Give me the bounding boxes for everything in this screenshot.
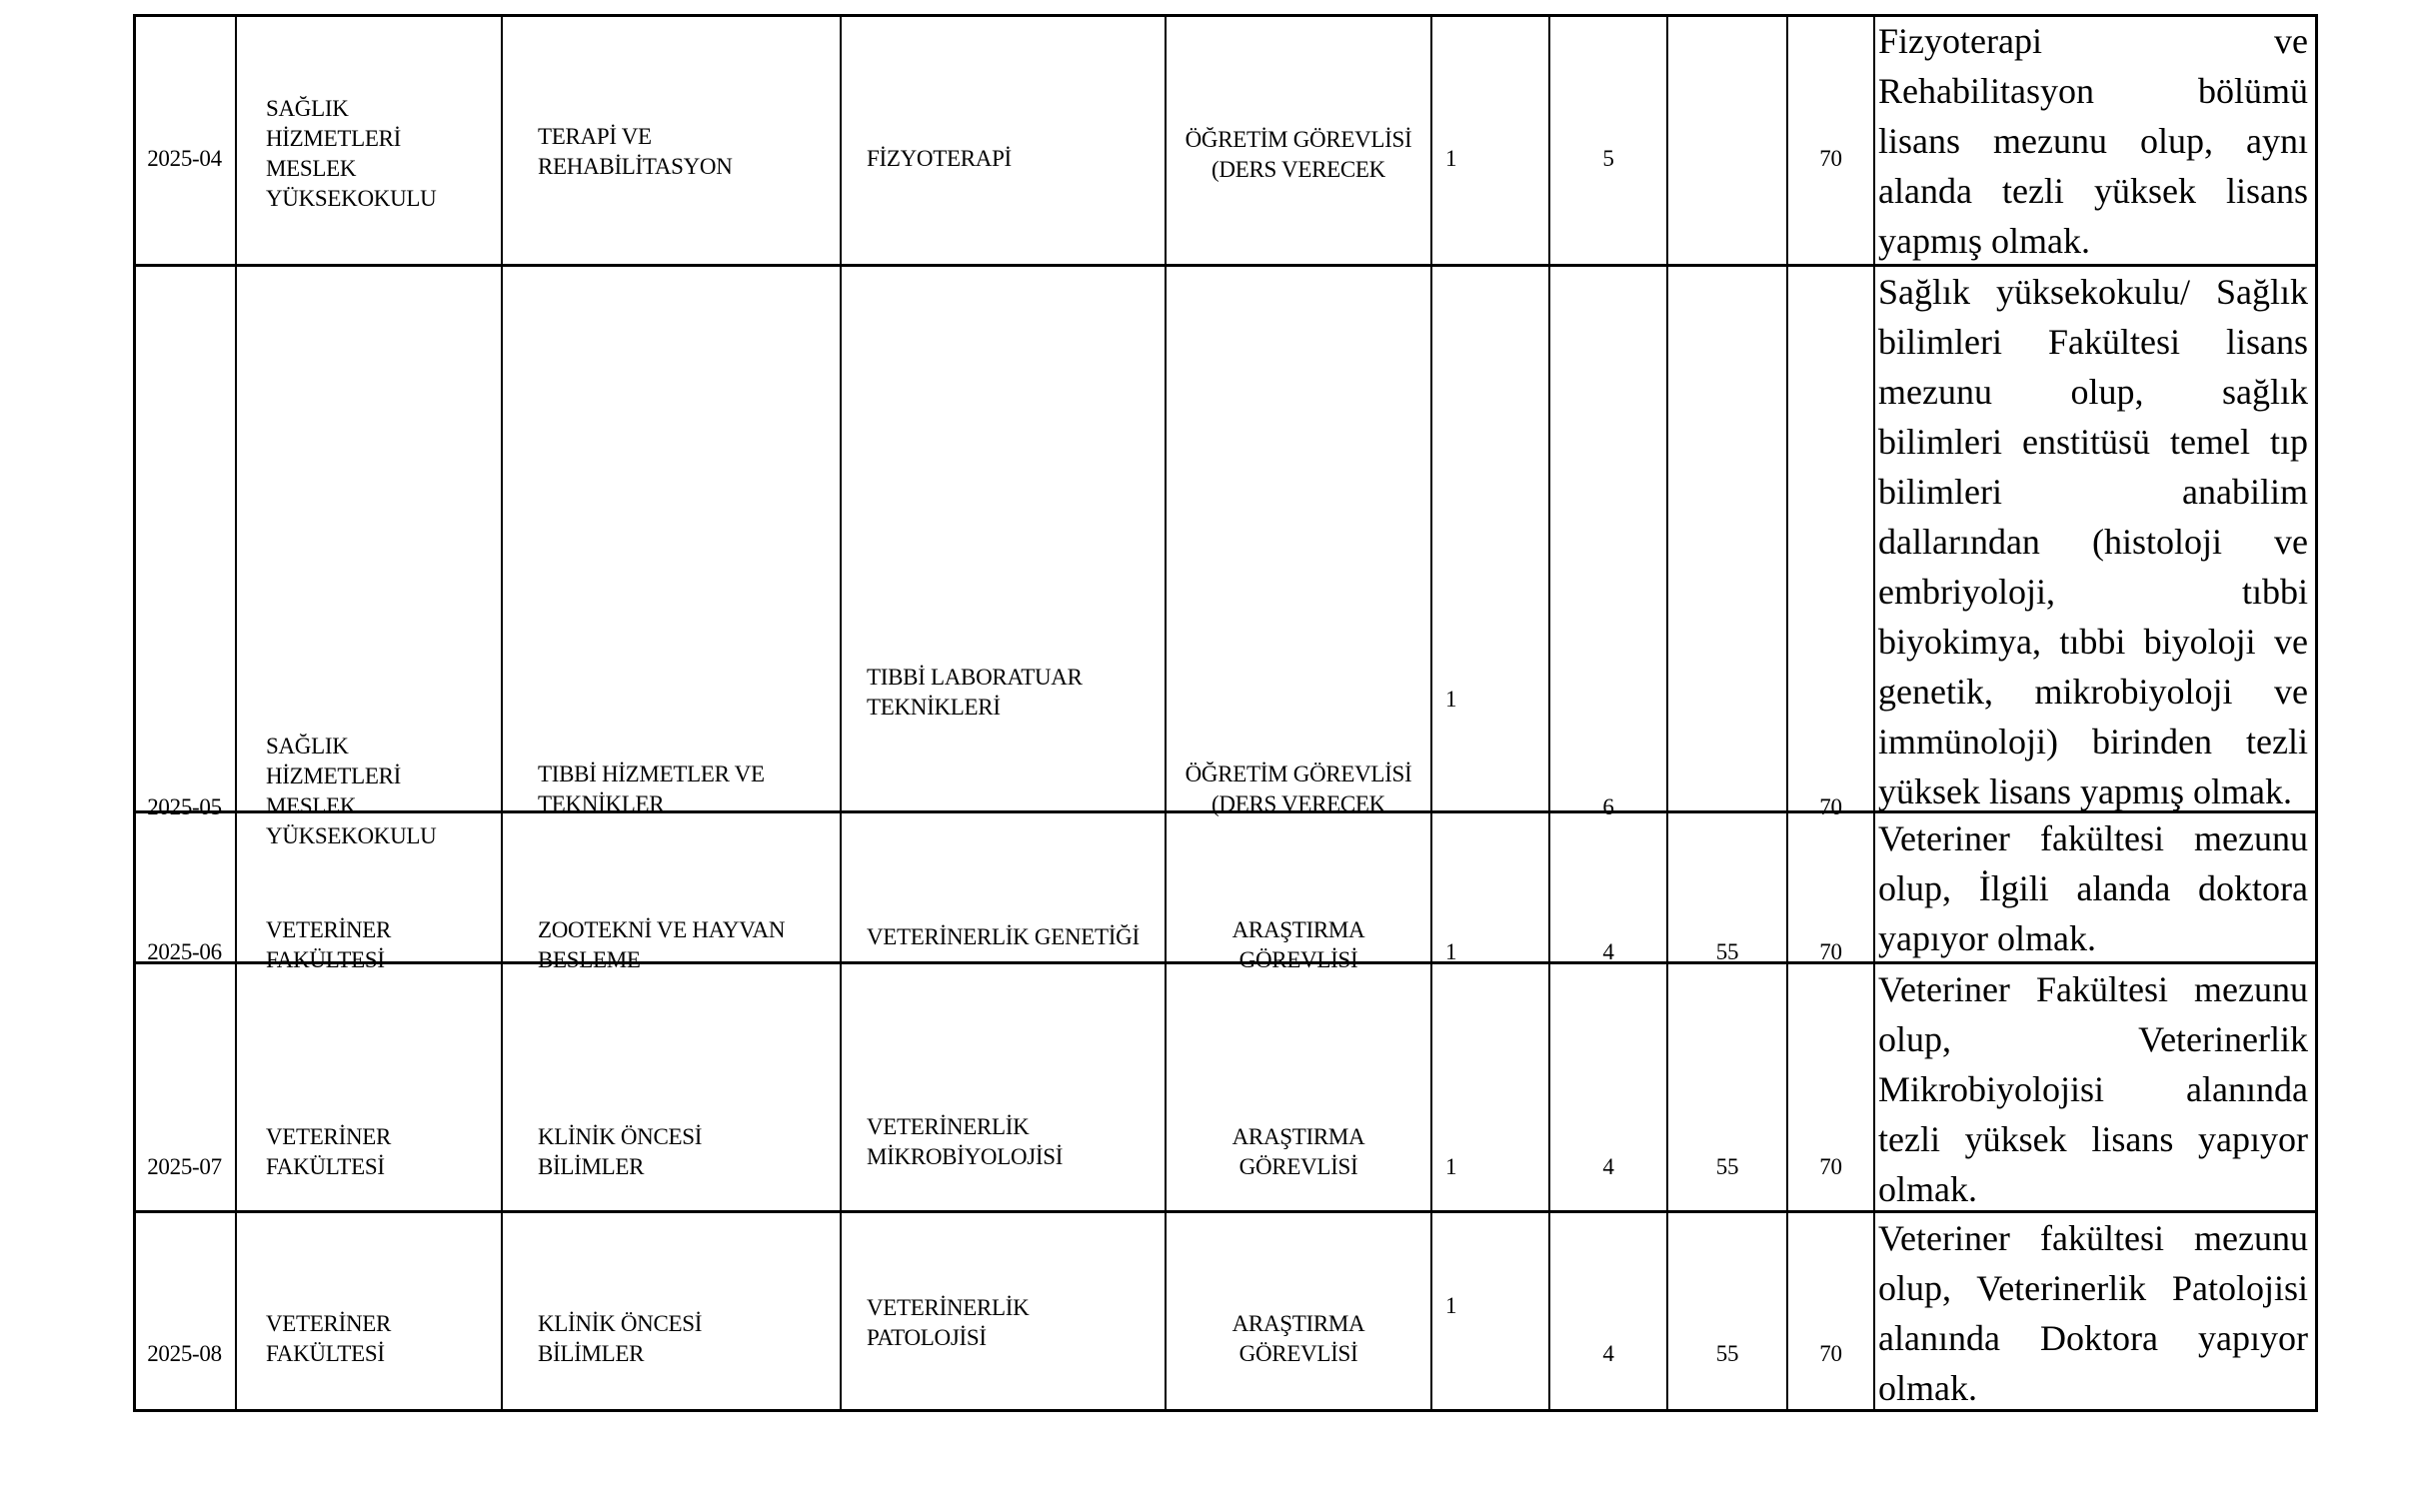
cell-code: 2025-06 xyxy=(133,937,236,967)
cell-count: 1 xyxy=(1431,144,1549,174)
requirement-line: alanda tezli yüksek lisans xyxy=(1878,166,2308,216)
cell-program: TIBBİ LABORATUAR TEKNİKLERİ xyxy=(841,663,1166,723)
cell-requirements: Veteriner Fakültesi mezunuolup, Veterine… xyxy=(1874,964,2318,1214)
cell-faculty: VETERİNER FAKÜLTESİ xyxy=(236,1122,502,1182)
requirement-line: Veteriner Fakültesi mezunu xyxy=(1878,964,2308,1014)
cell-title: ARAŞTIRMA GÖREVLİSİ xyxy=(1166,1122,1431,1182)
requirement-line: Sağlık yüksekokulu/ Sağlık xyxy=(1878,267,2308,317)
requirement-line: alanında Doktora yapıyor xyxy=(1878,1313,2308,1363)
cell-ales: 55 xyxy=(1667,1339,1787,1369)
cell-requirements: Veteriner fakültesi mezunuolup, İlgili a… xyxy=(1874,813,2318,963)
requirement-line: embriyoloji, tıbbi xyxy=(1878,567,2308,617)
requirement-line: Mikrobiyolojisi alanında xyxy=(1878,1064,2308,1114)
cell-degree: 5 xyxy=(1549,144,1667,174)
cell-degree: 4 xyxy=(1549,937,1667,967)
cell-ales: 55 xyxy=(1667,1152,1787,1182)
cell-department: KLİNİK ÖNCESİ BİLİMLER xyxy=(502,1122,841,1182)
requirement-line: olup, Veterinerlik Patolojisi xyxy=(1878,1263,2308,1313)
cell-program: VETERİNERLİK GENETİĞİ xyxy=(841,922,1166,952)
requirement-line: dallarından (histoloji ve xyxy=(1878,517,2308,567)
cell-degree: 4 xyxy=(1549,1339,1667,1369)
requirement-line: bilimleri enstitüsü temel tıp xyxy=(1878,417,2308,467)
requirement-line: yapmış olmak. xyxy=(1878,216,2308,266)
cell-count: 1 xyxy=(1431,937,1549,967)
requirement-line: olmak. xyxy=(1878,1363,2308,1413)
requirement-line: Veteriner fakültesi mezunu xyxy=(1878,1213,2308,1263)
cell-degree: 4 xyxy=(1549,1152,1667,1182)
requirement-line: mezunu olup, sağlık xyxy=(1878,367,2308,417)
cell-code: 2025-04 xyxy=(133,144,236,174)
requirement-line: olmak. xyxy=(1878,1164,2308,1214)
requirement-line: olup, İlgili alanda doktora xyxy=(1878,863,2308,913)
cell-program: VETERİNERLİK PATOLOJİSİ xyxy=(841,1293,1166,1353)
cell-program: VETERİNERLİK MİKROBİYOLOJİSİ xyxy=(841,1112,1166,1172)
cell-faculty: VETERİNER FAKÜLTESİ xyxy=(236,915,502,975)
cell-program: FİZYOTERAPİ xyxy=(841,144,1166,174)
cell-foreign-language: 70 xyxy=(1787,792,1874,822)
cell-count: 1 xyxy=(1431,685,1549,715)
cell-foreign-language: 70 xyxy=(1787,144,1874,174)
cell-degree: 6 xyxy=(1549,792,1667,822)
requirement-line: tezli yüksek lisans yapıyor xyxy=(1878,1114,2308,1164)
requirement-line: bilimleri anabilim xyxy=(1878,467,2308,517)
cell-count: 1 xyxy=(1431,1152,1549,1182)
requirement-line: biyokimya, tıbbi biyoloji ve xyxy=(1878,617,2308,667)
cell-faculty: SAĞLIK HİZMETLERİ MESLEK YÜKSEKOKULU xyxy=(236,94,502,214)
cell-requirements: Sağlık yüksekokulu/ Sağlıkbilimleri Fakü… xyxy=(1874,267,2318,816)
requirement-line: Rehabilitasyon bölümü xyxy=(1878,66,2308,116)
cell-department: TIBBİ HİZMETLER VE TEKNİKLER xyxy=(502,759,841,819)
cell-department: KLİNİK ÖNCESİ BİLİMLER xyxy=(502,1309,841,1369)
cell-department: TERAPİ VE REHABİLİTASYON xyxy=(502,122,841,182)
requirement-line: immünoloji) birinden tezli xyxy=(1878,717,2308,766)
cell-title: ÖĞRETİM GÖREVLİSİ (DERS VERECEK xyxy=(1166,759,1431,819)
requirement-line: genetik, mikrobiyoloji ve xyxy=(1878,667,2308,717)
cell-foreign-language: 70 xyxy=(1787,937,1874,967)
cell-faculty: VETERİNER FAKÜLTESİ xyxy=(236,1309,502,1369)
requirement-line: Veteriner fakültesi mezunu xyxy=(1878,813,2308,863)
column-divider xyxy=(1786,14,1788,1412)
cell-ales: 55 xyxy=(1667,937,1787,967)
cell-faculty: SAĞLIK HİZMETLERİ MESLEK YÜKSEKOKULU xyxy=(236,732,502,851)
cell-code: 2025-08 xyxy=(133,1339,236,1369)
requirement-line: bilimleri Fakültesi lisans xyxy=(1878,317,2308,367)
cell-title: ARAŞTIRMA GÖREVLİSİ xyxy=(1166,1309,1431,1369)
cell-count: 1 xyxy=(1431,1291,1549,1321)
cell-requirements: Fizyoterapi veRehabilitasyon bölümülisan… xyxy=(1874,16,2318,266)
column-divider xyxy=(1666,14,1668,1412)
cell-foreign-language: 70 xyxy=(1787,1339,1874,1369)
requirement-line: olup, Veterinerlik xyxy=(1878,1014,2308,1064)
column-divider xyxy=(235,14,237,1412)
cell-requirements: Veteriner fakültesi mezunuolup, Veterine… xyxy=(1874,1213,2318,1413)
requirement-line: lisans mezunu olup, aynı xyxy=(1878,116,2308,166)
requirement-line: yüksek lisans yapmış olmak. xyxy=(1878,766,2308,816)
requirement-line: yapıyor olmak. xyxy=(1878,913,2308,963)
requirement-line: Fizyoterapi ve xyxy=(1878,16,2308,66)
cell-department: ZOOTEKNİ VE HAYVAN BESLEME xyxy=(502,915,841,975)
cell-title: ÖĞRETİM GÖREVLİSİ (DERS VERECEK xyxy=(1166,125,1431,185)
cell-code: 2025-05 xyxy=(133,792,236,822)
cell-foreign-language: 70 xyxy=(1787,1152,1874,1182)
cell-title: ARAŞTIRMA GÖREVLİSİ xyxy=(1166,915,1431,975)
cell-code: 2025-07 xyxy=(133,1152,236,1182)
column-divider xyxy=(501,14,503,1412)
